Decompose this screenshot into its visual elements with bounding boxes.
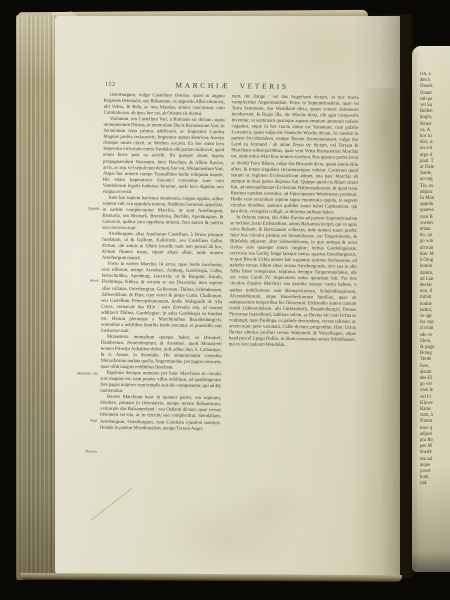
- margin-note: Divisio.: [65, 449, 98, 454]
- page-bottom-edge: [20, 573, 402, 582]
- text-paragraph: Arneburgum, alias Aquilarum Castellum, à…: [102, 232, 223, 264]
- text-paragraph: Varianum, seu Castellum Vari, à Romanis …: [103, 117, 225, 197]
- margin-note: Oppida.: [67, 206, 100, 211]
- margin-note: Monaste- ria.: [65, 371, 98, 376]
- margin-note: Pagi.: [65, 418, 98, 423]
- text-paragraph: Pagorum denique numerus per hanc Marchia…: [100, 371, 221, 397]
- facing-page-strip: Ich, aden kOsselsOnantsub pevel SaBellen…: [412, 46, 450, 572]
- text-paragraph: Osterburgum, vulgo Castellum Osterae, qu…: [104, 93, 225, 119]
- text-paragraph: Monasteria monialium quoque habet, ut Di…: [101, 335, 222, 373]
- text-column-right: nam, die Zange / vel das Angerland dicta…: [227, 94, 359, 498]
- text-paragraph: Veteres Marchiam hanc in quatuor partes,…: [100, 395, 221, 433]
- gutter-crease: [352, 14, 414, 578]
- margin-note: Arces.: [67, 278, 100, 283]
- facing-page-text: Ich, aden kOsselsOnantsub pevel SaBellen…: [420, 72, 450, 488]
- margin-notes: Oppida.Arces.Monaste- ria.Pagi.Divisio.: [56, 15, 401, 19]
- text-paragraph: nam, die Zange / vel das Angerland dicta…: [230, 94, 358, 216]
- text-paragraph: Inter has septem hactenus enumerata, exi…: [102, 196, 223, 234]
- running-header: MARCHIÆ VETERIS: [103, 80, 361, 92]
- text-paragraph: Porro in eadem Marchia 14 arces, quae ho…: [101, 262, 223, 336]
- facing-page-line: rad.: [420, 481, 450, 487]
- book-photo: 152 MARCHIÆ VETERIS Osterburgum, vulgo C…: [0, 0, 450, 600]
- text-column-left: Osterburgum, vulgo Castellum Osterae, qu…: [99, 93, 225, 496]
- book-page-left: 152 MARCHIÆ VETERIS Osterburgum, vulgo C…: [55, 16, 400, 576]
- printed-text-block: 152 MARCHIÆ VETERIS Osterburgum, vulgo C…: [49, 15, 401, 579]
- text-paragraph: In Oriente autem, ubi Albis fluvius ad p…: [229, 215, 358, 350]
